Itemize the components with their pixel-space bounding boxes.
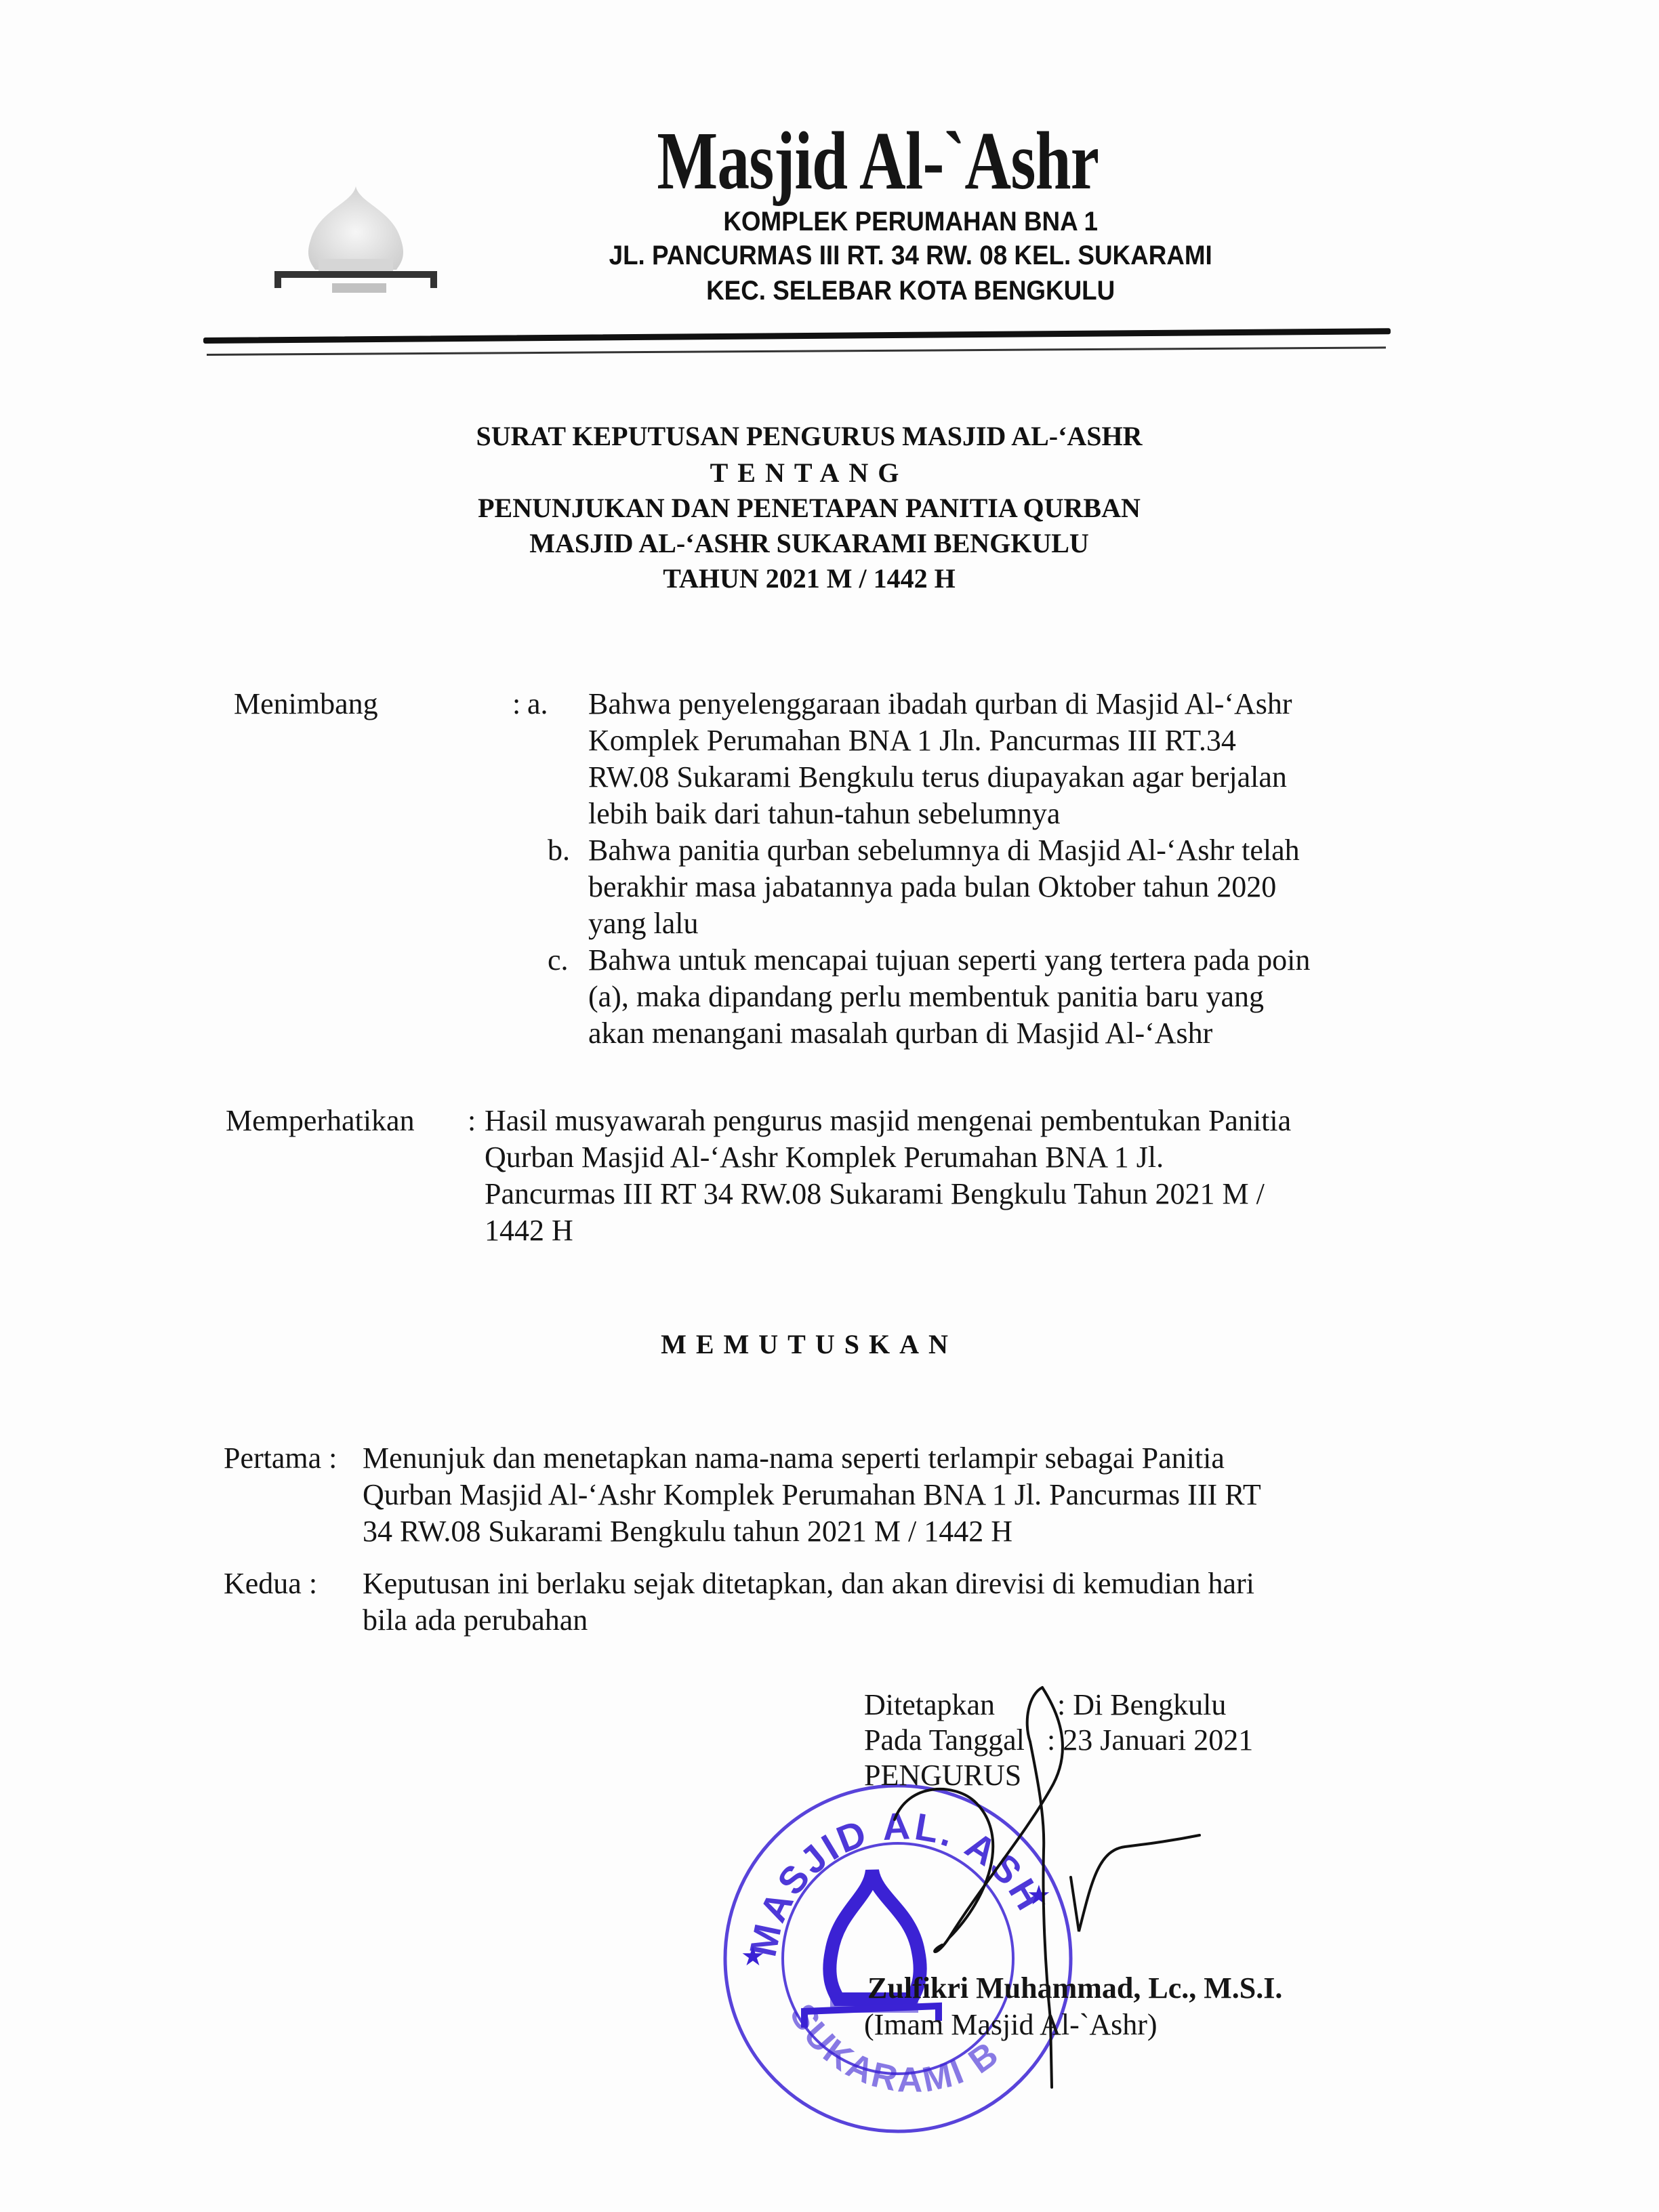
menimbang-item-b-line: yang lalu: [588, 905, 1401, 942]
menimbang-item-c-line: (a), maka dipandang perlu membentuk pani…: [588, 979, 1401, 1015]
memperhatikan-line: Qurban Masjid Al-‘Ashr Komplek Perumahan…: [485, 1139, 1413, 1176]
memperhatikan-colon: :: [468, 1103, 476, 1139]
memperhatikan-label: Memperhatikan: [226, 1103, 415, 1139]
decree-subject: PENUNJUKAN DAN PENETAPAN PANITIA QURBAN: [0, 492, 1659, 524]
menimbang-marker-c: c.: [548, 942, 569, 979]
menimbang-item-a-line: Komplek Perumahan BNA 1 Jln. Pancurmas I…: [588, 722, 1388, 759]
memperhatikan-line: 1442 H: [485, 1212, 1413, 1249]
menimbang-item-a-line: Bahwa penyelenggaraan ibadah qurban di M…: [588, 686, 1388, 722]
pertama-line: Menunjuk dan menetapkan nama-nama sepert…: [363, 1440, 1413, 1477]
memutuskan-heading: MEMUTUSKAN: [0, 1328, 1659, 1360]
letterhead-rule-thick: [203, 328, 1391, 344]
menimbang-marker-a: a.: [527, 686, 548, 722]
decree-title: SURAT KEPUTUSAN PENGURUS MASJID AL-‘ASHR: [0, 420, 1659, 452]
pertama-label: Pertama :: [224, 1440, 337, 1477]
menimbang-item-a: Bahwa penyelenggaraan ibadah qurban di M…: [588, 686, 1388, 832]
kedua-text: Keputusan ini berlaku sejak ditetapkan, …: [363, 1565, 1413, 1639]
menimbang-item-b: Bahwa panitia qurban sebelumnya di Masji…: [588, 832, 1401, 942]
menimbang-item-b-line: Bahwa panitia qurban sebelumnya di Masji…: [588, 832, 1401, 869]
address-line-1: KOMPLEK PERUMAHAN BNA 1: [73, 207, 1599, 237]
address-line-3: KEC. SELEBAR KOTA BENGKULU: [73, 276, 1599, 306]
memperhatikan-text: Hasil musyawarah pengurus masjid mengena…: [485, 1103, 1413, 1249]
memperhatikan-line: Hasil musyawarah pengurus masjid mengena…: [485, 1103, 1413, 1139]
pertama-line: Qurban Masjid Al-‘Ashr Komplek Perumahan…: [363, 1477, 1413, 1513]
menimbang-item-c: Bahwa untuk mencapai tujuan seperti yang…: [588, 942, 1401, 1052]
menimbang-item-a-line: lebih baik dari tahun-tahun sebelumnya: [588, 796, 1388, 832]
menimbang-item-b-line: berakhir masa jabatannya pada bulan Okto…: [588, 869, 1401, 905]
menimbang-label: Menimbang: [234, 686, 378, 722]
menimbang-colon: :: [512, 686, 520, 722]
menimbang-item-a-line: RW.08 Sukarami Bengkulu terus diupayakan…: [588, 759, 1388, 796]
menimbang-item-c-line: Bahwa untuk mencapai tujuan seperti yang…: [588, 942, 1401, 979]
mosque-name-title: Masjid Al-`Ashr: [194, 114, 1488, 209]
signatory-name: Zulfikri Muhammad, Lc., M.S.I.: [867, 1971, 1282, 2006]
menimbang-item-c-line: akan menangani masalah qurban di Masjid …: [588, 1015, 1401, 1052]
memperhatikan-line: Pancurmas III RT 34 RW.08 Sukarami Bengk…: [485, 1176, 1413, 1212]
menimbang-marker-b: b.: [548, 832, 570, 869]
pertama-line: 34 RW.08 Sukarami Bengkulu tahun 2021 M …: [363, 1513, 1413, 1550]
svg-text:★: ★: [741, 1941, 765, 1971]
decree-year: TAHUN 2021 M / 1442 H: [0, 562, 1659, 594]
address-line-2: JL. PANCURMAS III RT. 34 RW. 08 KEL. SUK…: [73, 241, 1599, 271]
decree-subject-place: MASJID AL-‘ASHR SUKARAMI BENGKULU: [0, 527, 1659, 559]
letterhead-rule-thin: [207, 346, 1386, 356]
pertama-text: Menunjuk dan menetapkan nama-nama sepert…: [363, 1440, 1413, 1550]
signatory-role: (Imam Masjid Al-`Ashr): [864, 2007, 1158, 2043]
decree-tentang: TENTANG: [0, 457, 1659, 489]
kedua-line: bila ada perubahan: [363, 1602, 1413, 1639]
kedua-label: Kedua :: [224, 1565, 317, 1602]
kedua-line: Keputusan ini berlaku sejak ditetapkan, …: [363, 1565, 1413, 1602]
